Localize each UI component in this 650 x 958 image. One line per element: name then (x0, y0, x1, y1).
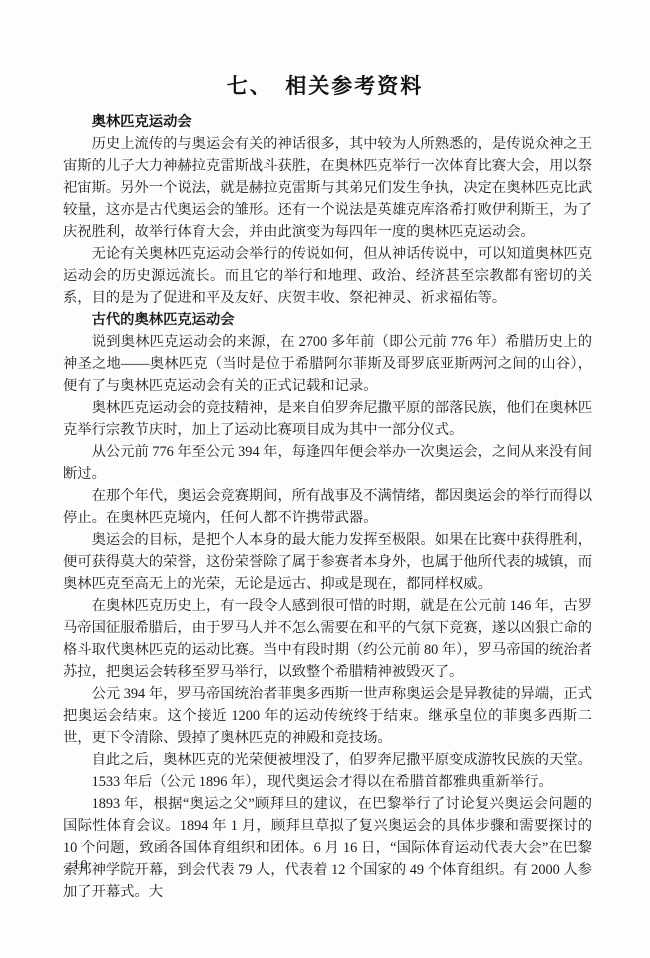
paragraph: 在那个年代，奥运会竞赛期间，所有战事及不满情绪，都因奥运会的举行而得以停止。在奥… (63, 485, 592, 529)
paragraph: 自此之后，奥林匹克的光荣便被埋没了，伯罗奔尼撒平原变成游牧民族的天堂。 (63, 749, 592, 771)
paragraph: 公元 394 年，罗马帝国统治者菲奥多西斯一世声称奥运会是异教徒的异端，正式把奥… (63, 683, 592, 749)
page-number: 10 (73, 857, 89, 873)
section-heading: 奥林匹克运动会 (63, 111, 592, 133)
paragraph: 无论有关奥林匹克运动会举行的传说如何，但从神话传说中，可以知道奥林匹克运动会的历… (63, 243, 592, 309)
paragraph: 从公元前 776 年至公元 394 年，每逢四年便会举办一次奥运会，之间从来没有… (63, 441, 592, 485)
paragraph: 1893 年，根据“奥运之父”顾拜旦的建议，在巴黎举行了讨论复兴奥运会问题的国际… (63, 793, 592, 903)
page-title: 七、 相关参考资料 (0, 0, 650, 100)
section-subheading: 古代的奥林匹克运动会 (63, 309, 592, 331)
paragraph: 1533 年后（公元 1896 年），现代奥运会才得以在希腊首都雅典重新举行。 (63, 771, 592, 793)
document-page: 七、 相关参考资料 奥林匹克运动会历史上流传的与奥运会有关的神话很多，其中较为人… (0, 0, 650, 958)
document-body: 奥林匹克运动会历史上流传的与奥运会有关的神话很多，其中较为人所熟悉的，是传说众神… (0, 111, 650, 903)
paragraph: 历史上流传的与奥运会有关的神话很多，其中较为人所熟悉的，是传说众神之王宙斯的儿子… (63, 133, 592, 243)
paragraph: 说到奥林匹克运动会的来源，在 2700 多年前（即公元前 776 年）希腊历史上… (63, 331, 592, 397)
paragraph: 奥运会的目标，是把个人本身的最大能力发挥至极限。如果在比赛中获得胜利，便可获得莫… (63, 529, 592, 595)
paragraph: 奥林匹克运动会的竞技精神，是来自伯罗奔尼撒平原的部落民族，他们在奥林匹克举行宗教… (63, 397, 592, 441)
paragraph: 在奥林匹克历史上，有一段令人感到很可惜的时期，就是在公元前 146 年，古罗马帝… (63, 595, 592, 683)
